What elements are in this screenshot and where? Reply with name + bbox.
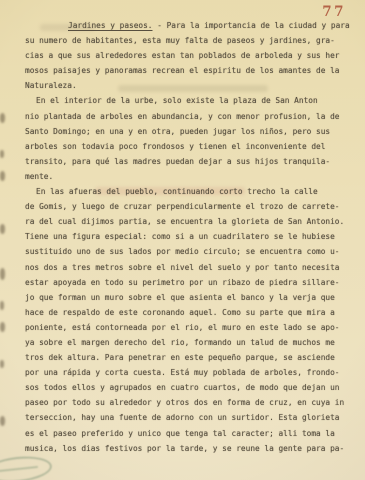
scan-artifact xyxy=(0,171,5,181)
text-line: poniente, está contorneada por el rio, e… xyxy=(25,320,355,335)
typewritten-text: Jardines y paseos. - Para la importancia… xyxy=(25,18,355,456)
scan-artifact xyxy=(0,301,4,310)
text-line: mente. xyxy=(25,169,355,184)
text-line: Naturaleza. xyxy=(25,78,355,93)
text-line: jo que forman un muro sobre el que asien… xyxy=(25,290,355,305)
text-line: es el paseo preferido y unico que tenga … xyxy=(25,426,355,441)
text-line: paseo por todo su alrededor y otros dos … xyxy=(25,395,355,410)
scan-artifact xyxy=(0,268,5,280)
text-line: ya sobre el margen derecho del rio, form… xyxy=(25,335,355,350)
scanned-document-page: 77 Jardines y paseos. - Para la importan… xyxy=(0,0,365,480)
section-heading: Jardines y paseos. xyxy=(68,21,153,30)
heading-continuation: - Para la importancia de la ciudad y par… xyxy=(153,21,350,30)
text-line: En el interior de la urbe, solo existe l… xyxy=(25,93,355,108)
text-line: por una rápida y corta cuesta. Está muy … xyxy=(25,365,355,380)
scan-artifact xyxy=(0,360,4,368)
text-line: arboles son todavia poco frondosos y tie… xyxy=(25,139,355,154)
scan-artifact xyxy=(0,150,4,158)
text-line: Santo Domingo; en una y en otra, pueden … xyxy=(25,124,355,139)
text-line: Tiene una figura especial: como si a un … xyxy=(25,229,355,244)
text-line: sustituido uno de sus lados por medio ci… xyxy=(25,244,355,259)
oval-stamp-icon xyxy=(0,454,53,480)
stamp-text-illegible xyxy=(0,466,38,472)
text-line: transito, para qué las madres puedan dej… xyxy=(25,154,355,169)
scan-artifact xyxy=(0,224,5,234)
text-line: musica, los dias festivos por la tarde, … xyxy=(25,441,355,456)
text-line: tros dek altura. Para penetrar en este p… xyxy=(25,350,355,365)
text-line: cias a que sus alrededores estan tan pob… xyxy=(25,48,355,63)
text-line: En las afueras del pueblo, continuando c… xyxy=(25,184,355,199)
text-line: su numero de habitantes, esta muy falta … xyxy=(25,33,355,48)
text-line: de Gomis, y luego de cruzar perpendicula… xyxy=(25,199,355,214)
text-line: sos todos ellos y agrupados en cuatro cu… xyxy=(25,380,355,395)
text-line: hace de respaldo de este coronando aquel… xyxy=(25,305,355,320)
text-line: mosos paisajes y panoramas recrean el es… xyxy=(25,63,355,78)
text-line: nio plantada de arboles en abundancia, y… xyxy=(25,109,355,124)
text-line: terseccion, hay una fuente de adorno con… xyxy=(25,410,355,425)
scan-artifact xyxy=(0,113,5,123)
text-line: nos dos a tres metros sobre el nivel del… xyxy=(25,260,355,275)
scan-artifact xyxy=(0,416,5,426)
typewritten-lines: su numero de habitantes, esta muy falta … xyxy=(25,33,355,456)
section-heading-line: Jardines y paseos. - Para la importancia… xyxy=(25,18,355,33)
text-line: estar apoyada en todo su perimetro por u… xyxy=(25,275,355,290)
text-line: ra del cual dijimos partia, se encuentra… xyxy=(25,214,355,229)
scan-artifact xyxy=(0,322,5,332)
